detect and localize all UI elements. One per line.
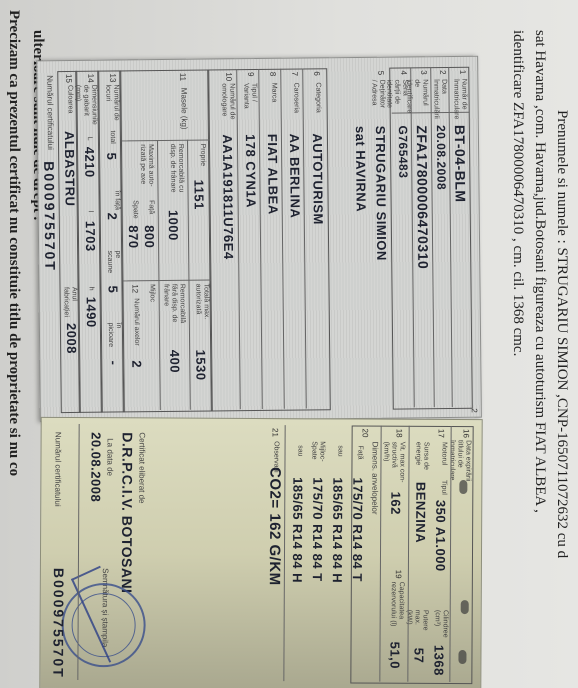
- left_page-masses-remorcabila_fara_label: Remorcabilă fără disp. de frânare: [161, 284, 186, 334]
- left_page-seats-total_label: total: [108, 130, 116, 143]
- table-rule: [459, 480, 467, 494]
- left_page-fields-9-label: Numărul de omologare: [219, 83, 235, 128]
- left_page-dimensions-l_label: l: [86, 211, 94, 213]
- left_page-axles-num: 12: [130, 284, 139, 293]
- registration-page-left: 2 1 Număr de înmatriculare BT-04-BLM 2 D…: [36, 56, 482, 423]
- left_page-fields-3-label: Seria cărții de identitate: [384, 79, 408, 111]
- engine-type: 350 A1.000: [433, 500, 448, 572]
- right_page-tires-rows-0-label: Față: [355, 445, 363, 459]
- left_page-axles-label: Numărul axelor: [132, 298, 140, 346]
- left_page-fields-8-num: 9: [246, 72, 255, 77]
- left_page-fields-8-label: Tipul / Varianta: [241, 83, 257, 128]
- certificate-number-left: B000975570T: [41, 161, 58, 272]
- dim-width: 1703: [83, 221, 98, 252]
- fuel-type: BENZINA: [413, 482, 428, 543]
- right_page-engine-label: Motorul: [439, 442, 447, 465]
- issue-date: 20.08.2008: [88, 432, 103, 502]
- left_page-fields-6-num: 7: [290, 72, 299, 77]
- tank-capacity: 51,0: [387, 642, 402, 669]
- right_page-tires-rows-2-label: Mijloc-Spate: [309, 441, 325, 473]
- tire-rear: 175/70 R14 84 T: [310, 477, 326, 581]
- right_page-engine-sursa_label: Sursa de energie: [413, 442, 429, 472]
- right_page-engine-tip_label: Tipul: [439, 480, 447, 495]
- left_page-seats-standing_label: în picioare: [106, 322, 122, 352]
- left_page-color-label: Culoarea: [65, 85, 73, 114]
- right_page-engine-num: 17: [437, 429, 446, 438]
- registration-date: 20.08.2008: [434, 125, 449, 190]
- max-speed: 162: [388, 492, 403, 515]
- dim-length: 4210: [82, 147, 97, 178]
- mass-total: 1530: [193, 350, 208, 381]
- color: ALBASTRU: [62, 131, 78, 207]
- vin: ZFA17800006470310: [414, 125, 432, 269]
- left_page-fields-5-num: 6: [312, 71, 321, 76]
- left_page-seats-seated_label: pe scaune: [105, 250, 121, 280]
- make: FIAT ALBEA: [265, 134, 281, 215]
- plate-number: BT-04-BLM: [452, 125, 469, 203]
- left_page-fields-7-num: 8: [268, 72, 277, 77]
- table-rule: [458, 650, 466, 664]
- left_page-fields-2-num: 3: [419, 70, 428, 75]
- tire-front: 175/70 R14 84 T: [350, 477, 366, 581]
- left_page-dimensions-num: 14: [86, 74, 95, 83]
- table-rule: [57, 71, 81, 413]
- right_page-speed-num: 18: [395, 429, 404, 438]
- right_page-certificate-label: Numărul certificatului: [53, 432, 61, 507]
- registration-page-right: 16 Data expirării titlului de înmatricul…: [39, 417, 482, 688]
- left_page-seats-front_label: în față: [112, 190, 120, 210]
- right_page-tank-label: Capacitatea rezervorului (l): [389, 582, 405, 632]
- right_page-issue_date-label: La data de: [105, 438, 113, 476]
- left_page-fields-4-label: Deținător / Adresa: [369, 80, 385, 112]
- left_page-fields-9-num: 10: [224, 72, 233, 81]
- left_page-fields-0-num: 1: [458, 70, 467, 75]
- seats-front: 2: [105, 212, 120, 220]
- type-variant: 178 CYN1A: [243, 134, 259, 208]
- left_page-masses-proprie_label: Proprie: [198, 144, 206, 167]
- letter-line-2: sat Havarna ,com. Havarna,jud.Botosani f…: [531, 30, 548, 513]
- right_page-speed-label: Vit. max con-structivă (km/h): [381, 442, 405, 486]
- right_page-expiry-num: 16: [462, 429, 471, 438]
- left_page-masses-fata_label: Față: [147, 200, 155, 214]
- left_page-masses-title: Masele (kg): [179, 88, 187, 130]
- left_page-fields-3-num: 4: [399, 70, 408, 75]
- engine-displacement: 1368: [431, 645, 446, 676]
- table-rule: [461, 600, 469, 614]
- tire-rear-alt: 185/65 R14 84 H: [290, 477, 306, 583]
- dim-height: 1490: [84, 297, 99, 328]
- document-photo: Prenumele si numele : STRUGARIU SIMION ,…: [0, 0, 578, 688]
- owner-address: sat HAVIRNA: [353, 126, 369, 212]
- left_page-fields-1-label: Data înmatriculării: [431, 79, 447, 111]
- right_page-tires-label: Dimens. anvelopelor: [370, 442, 378, 515]
- page-number: 2: [470, 408, 479, 413]
- tire-front-alt: 185/65 R14 84 H: [330, 477, 346, 583]
- issuing-authority: D.R.P.C.I.V. BOTOSANI: [119, 432, 136, 593]
- left_page-masses-max_axa_label: Maximă auto-rizată pe axe: [138, 144, 155, 194]
- left_page-masses-total_label: Totală max. autorizată: [193, 284, 210, 334]
- left_page-fields-4-num: 5: [376, 71, 385, 76]
- letter-line-1: Prenumele si numele : STRUGARIU SIMION ,…: [553, 110, 570, 558]
- left_page-fields-6-label: Caroseria: [291, 83, 299, 113]
- left_page-masses-num: 11: [178, 73, 187, 81]
- right_page-engine-cilindree_label: Cilindree (cm³): [433, 610, 449, 640]
- seats-total: 5: [104, 152, 119, 160]
- left_page-masses-remorcabila_cu_label: Remorcabilă cu disp. de frânare: [168, 144, 185, 194]
- seats-seated: 5: [105, 285, 120, 293]
- left_page-seats-num: 13: [108, 73, 117, 82]
- left_page-fields-5-label: Categoria: [313, 82, 321, 112]
- mass-towable-braked: 1000: [166, 210, 181, 241]
- observations: CO2= 162 G/KM: [266, 467, 284, 586]
- id-series: G765483: [396, 125, 411, 178]
- left_page-masses-mijloc_label: Mijloc: [147, 284, 155, 302]
- category: AUTOTURISM: [310, 133, 326, 225]
- engine-power: 57: [411, 648, 426, 664]
- left_page-year-label: Anul fabricației: [61, 287, 77, 317]
- right_page-observations-num: 21: [271, 428, 280, 437]
- mass-axle-rear: 870: [126, 225, 141, 248]
- mass-own: 1151: [191, 180, 206, 210]
- left_page-fields-0-label: Număr de înmatriculare: [451, 79, 467, 111]
- left_page-dimensions-L_label: L: [85, 137, 93, 141]
- right_page-tires-rows-1-label: sau: [336, 445, 344, 456]
- right_page-tires-rows-3-label: sau: [296, 445, 304, 456]
- seats-standing: -: [106, 360, 121, 365]
- left_page-masses-spate_label: Spate: [131, 200, 139, 218]
- right_page-tank-num: 19: [394, 570, 403, 579]
- owner-name: STRUGARIU SIMION: [373, 126, 389, 261]
- letter-line-3: identificare ZFA17800006470310 , cm. cil…: [509, 30, 526, 356]
- homologation-number: AA1A191811U76E4: [220, 134, 236, 259]
- left_page-fields-7-label: Marca: [269, 83, 277, 103]
- mass-axle-front: 800: [142, 225, 157, 248]
- letter-line-5: Precizam ca prezentul certificat nu cons…: [5, 10, 22, 476]
- left_page-certificate-label: Numărul certificatului: [45, 75, 54, 150]
- left_page-seats-label: Numărul de locuri: [103, 84, 119, 124]
- certificate-number-right: B000975570T: [50, 568, 67, 679]
- table-rule: [283, 425, 285, 681]
- mass-towable-unbraked: 400: [167, 350, 182, 373]
- manufacture-year: 2008: [64, 323, 79, 354]
- right_page-tires-num: 20: [361, 429, 370, 438]
- left_page-dimensions-h_label: h: [86, 287, 94, 291]
- left_page-fields-1-num: 2: [438, 70, 447, 75]
- right_page-issued_by-label: Certificat eliberat de: [137, 432, 145, 503]
- left_page-color-num: 15: [64, 74, 73, 83]
- axle-count: 2: [129, 360, 144, 368]
- body-type: AA BERLINA: [287, 134, 303, 219]
